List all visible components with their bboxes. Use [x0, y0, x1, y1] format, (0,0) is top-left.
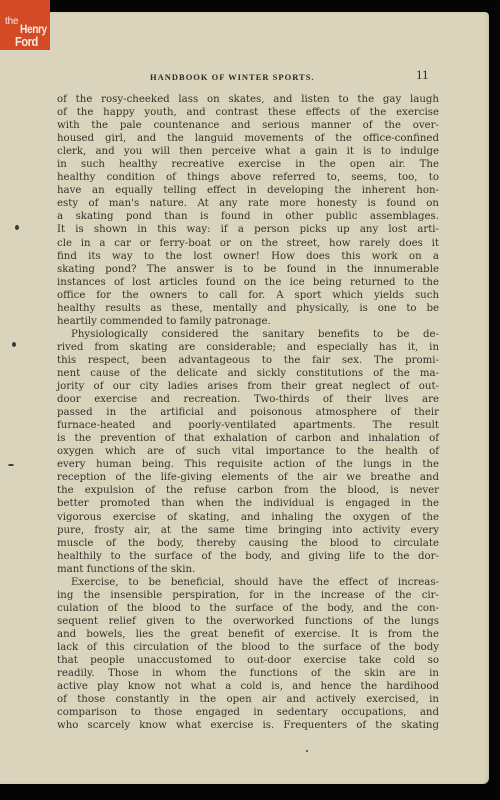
text-line: furnace-heated and poorly-ventilated apa…	[57, 419, 439, 432]
text-line: find its way to the lost owner! How does…	[57, 250, 439, 263]
text-line: passed in the artificial and poisonous a…	[57, 406, 439, 419]
text-line: pure, frosty air, at the same time bring…	[57, 524, 439, 537]
text-line: every human being. This requisite action…	[57, 458, 439, 471]
margin-speck	[8, 464, 14, 466]
text-line: of the happy youth, and contrast these e…	[57, 106, 439, 119]
text-line: heartily commended to family patronage.	[57, 315, 439, 328]
text-line: ing the insensible perspiration, for in …	[57, 589, 439, 602]
margin-speck	[306, 750, 308, 752]
text-line: door exercise and recreation. Two-thirds…	[57, 393, 439, 406]
text-line: rived from skating are considerable; and…	[57, 341, 439, 354]
text-line: of those constantly in the open air and …	[57, 693, 439, 706]
paragraph-start-line: Physiologically considered the sanitary …	[57, 328, 439, 341]
text-line: skating pond? The answer is to be found …	[57, 263, 439, 276]
text-line: have an equally telling effect in develo…	[57, 184, 439, 197]
document-page: HANDBOOK OF WINTER SPORTS. 11 of the ros…	[0, 12, 489, 784]
text-line: jority of our city ladies arises from th…	[57, 380, 439, 393]
text-line: that people unaccustomed to out-door exe…	[57, 654, 439, 667]
text-line: esty of man's nature. At any rate more h…	[57, 197, 439, 210]
margin-speck	[15, 225, 19, 230]
text-line: with the pale countenance and serious ma…	[57, 119, 439, 132]
text-line: a skating pond than is found in other pu…	[57, 210, 439, 223]
text-line: vigorous exercise of skating, and inhali…	[57, 511, 439, 524]
text-line: the expulsion of the refuse carbon from …	[57, 484, 439, 497]
text-line: oxygen which are of such vital importanc…	[57, 445, 439, 458]
text-line: healthy condition of things above referr…	[57, 171, 439, 184]
logo-ford: Ford	[15, 34, 38, 49]
body-text: of the rosy-cheeked lass on skates, and …	[57, 93, 439, 732]
text-line: housed girl, and the languid movements o…	[57, 132, 439, 145]
running-head: HANDBOOK OF WINTER SPORTS.	[150, 72, 360, 82]
text-line: mant functions of the skin.	[57, 563, 439, 576]
text-line: It is shown in this way: if a person pic…	[57, 223, 439, 236]
text-line: healthy results as these, mentally and p…	[57, 302, 439, 315]
text-line: in such healthy recreative exercise in t…	[57, 158, 439, 171]
text-line: readily. Those in whom the functions of …	[57, 667, 439, 680]
text-line: and bowels, lies the great benefit of ex…	[57, 628, 439, 641]
text-line: active play know not what a cold is, and…	[57, 680, 439, 693]
text-line: clerk, and you will then perceive what a…	[57, 145, 439, 158]
henry-ford-logo: the Henry Ford	[0, 0, 50, 50]
text-line: cle in a car or ferry-boat or on the str…	[57, 237, 439, 250]
text-line: comparison to those engaged in sedentary…	[57, 706, 439, 719]
text-line: nent cause of the delicate and sickly co…	[57, 367, 439, 380]
logo-the: the	[5, 16, 18, 27]
text-line: is the prevention of that exhalation of …	[57, 432, 439, 445]
text-line: instances of lost articles found on the …	[57, 276, 439, 289]
margin-speck	[12, 342, 16, 347]
text-line: this respect, been advantageous to the f…	[57, 354, 439, 367]
page-number: 11	[416, 67, 429, 83]
text-line: sequent relief given to the overworked f…	[57, 615, 439, 628]
text-line: office for the owners to call for. A spo…	[57, 289, 439, 302]
text-line: muscle of the body, thereby causing the …	[57, 537, 439, 550]
text-line: lack of this circulation of the blood to…	[57, 641, 439, 654]
text-line: who scarcely know what exercise is. Freq…	[57, 719, 439, 732]
text-line: healthily to the surface of the body, an…	[57, 550, 439, 563]
text-line: reception of the life-giving elements of…	[57, 471, 439, 484]
text-line: culation of the blood to the surface of …	[57, 602, 439, 615]
text-line: better promoted than when the individual…	[57, 497, 439, 510]
paragraph-start-line: Exercise, to be beneficial, should have …	[57, 576, 439, 589]
text-line: of the rosy-cheeked lass on skates, and …	[57, 93, 439, 106]
